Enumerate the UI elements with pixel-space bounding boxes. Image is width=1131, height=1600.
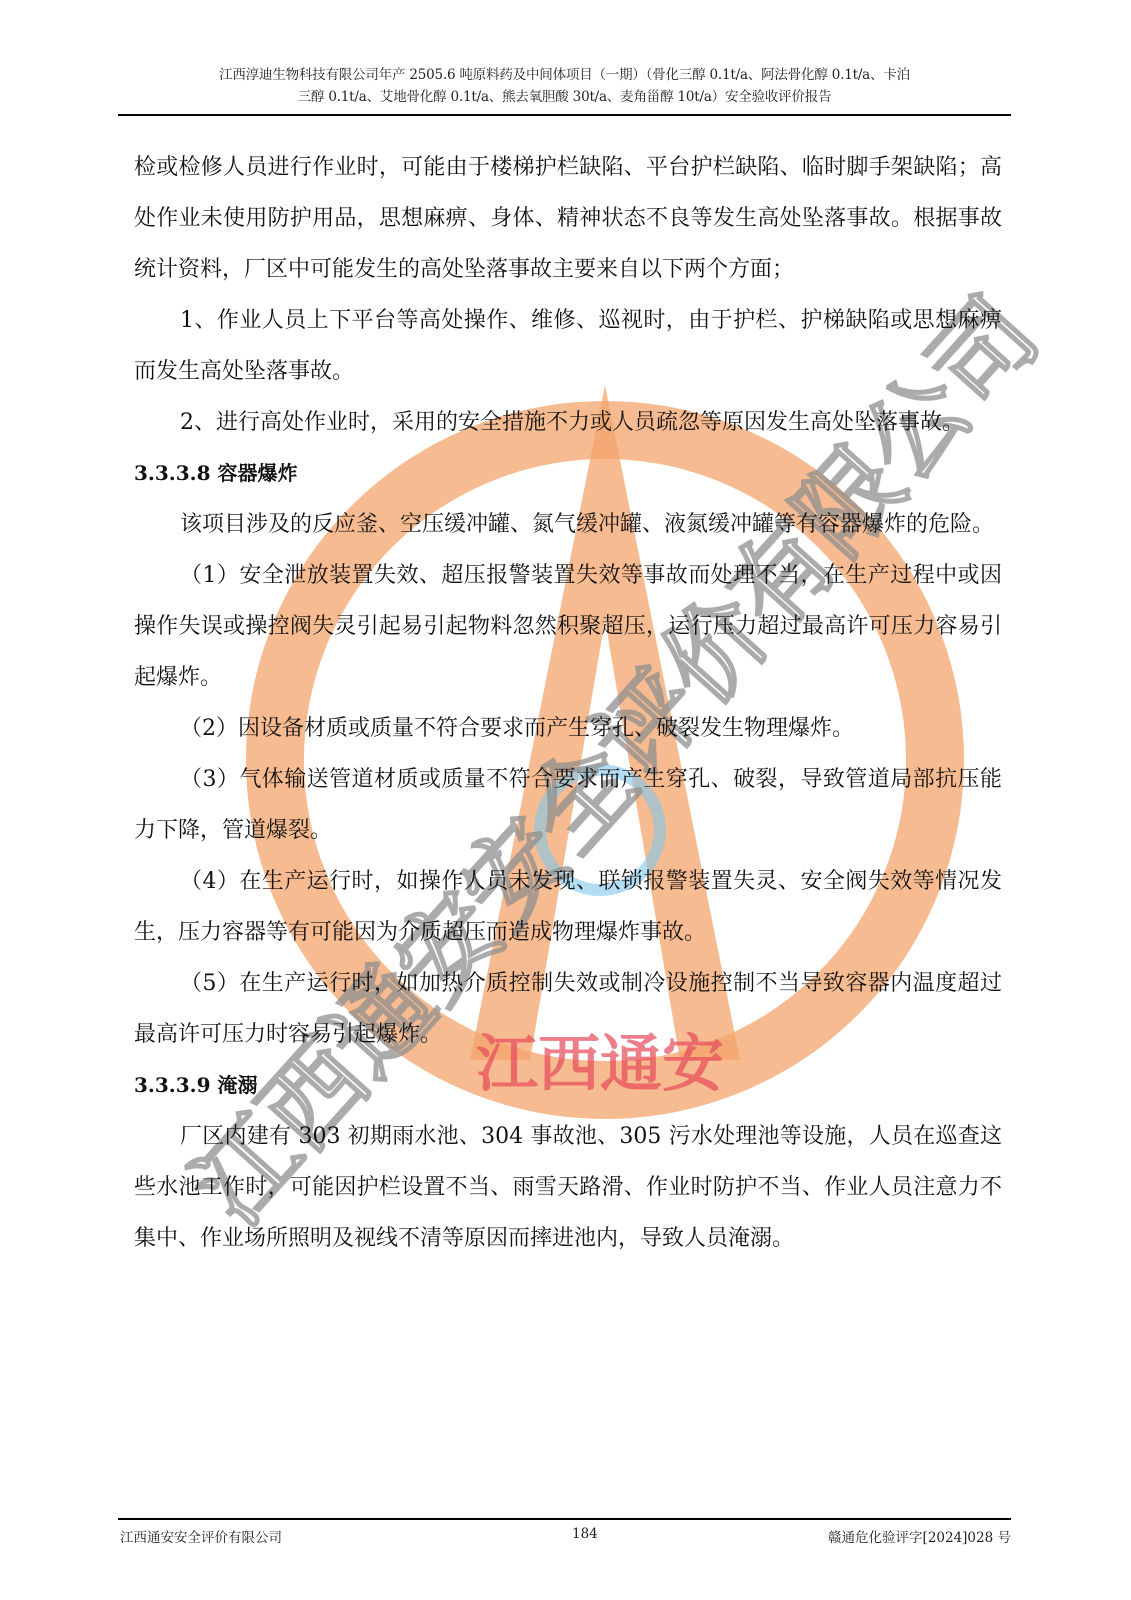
section-heading: 3.3.3.9 淹溺 <box>134 1060 1002 1111</box>
paragraph: （4）在生产运行时，如操作人员未发现、联锁报警装置失灵、安全阀失效等情况发生，压… <box>134 856 1002 958</box>
paragraph: 2、进行高处作业时，采用的安全措施不力或人员疏忽等原因发生高处坠落事故。 <box>134 397 1002 448</box>
report-title: 江西淳迪生物科技有限公司年产 2505.6 吨原料药及中间体项目（一期）（骨化三… <box>118 64 1011 108</box>
paragraph: （5）在生产运行时，如加热介质控制失效或制冷设施控制不当导致容器内温度超过最高许… <box>134 958 1002 1060</box>
page-number: 184 <box>572 1526 598 1542</box>
report-title-line-2: 三醇 0.1t/a、艾地骨化醇 0.1t/a、熊去氧胆酸 30t/a、麦角甾醇 … <box>118 86 1011 108</box>
document-body: 检或检修人员进行作业时，可能由于楼梯护栏缺陷、平台护栏缺陷、临时脚手架缺陷；高处… <box>134 142 1002 1264</box>
paragraph: 该项目涉及的反应釜、空压缓冲罐、氮气缓冲罐、液氮缓冲罐等有容器爆炸的危险。 <box>134 499 1002 550</box>
paragraph: 检或检修人员进行作业时，可能由于楼梯护栏缺陷、平台护栏缺陷、临时脚手架缺陷；高处… <box>134 142 1002 295</box>
footer-company: 江西通安安全评价有限公司 <box>120 1526 282 1546</box>
paragraph: （3）气体输送管道材质或质量不符合要求而产生穿孔、破裂，导致管道局部抗压能力下降… <box>134 754 1002 856</box>
report-title-line-1: 江西淳迪生物科技有限公司年产 2505.6 吨原料药及中间体项目（一期）（骨化三… <box>118 64 1011 86</box>
paragraph: 厂区内建有 303 初期雨水池、304 事故池、305 污水处理池等设施，人员在… <box>134 1111 1002 1264</box>
paragraph: 1、作业人员上下平台等高处操作、维修、巡视时，由于护栏、护梯缺陷或思想麻痹而发生… <box>134 295 1002 397</box>
document-number: 赣通危化验评字[2024]028 号 <box>828 1526 1011 1546</box>
footer-divider <box>118 1518 1011 1520</box>
section-heading: 3.3.3.8 容器爆炸 <box>134 448 1002 499</box>
paragraph: （1）安全泄放装置失效、超压报警装置失效等事故而处理不当，在生产过程中或因操作失… <box>134 550 1002 703</box>
header-divider <box>118 114 1011 116</box>
paragraph: （2）因设备材质或质量不符合要求而产生穿孔、破裂发生物理爆炸。 <box>134 703 1002 754</box>
